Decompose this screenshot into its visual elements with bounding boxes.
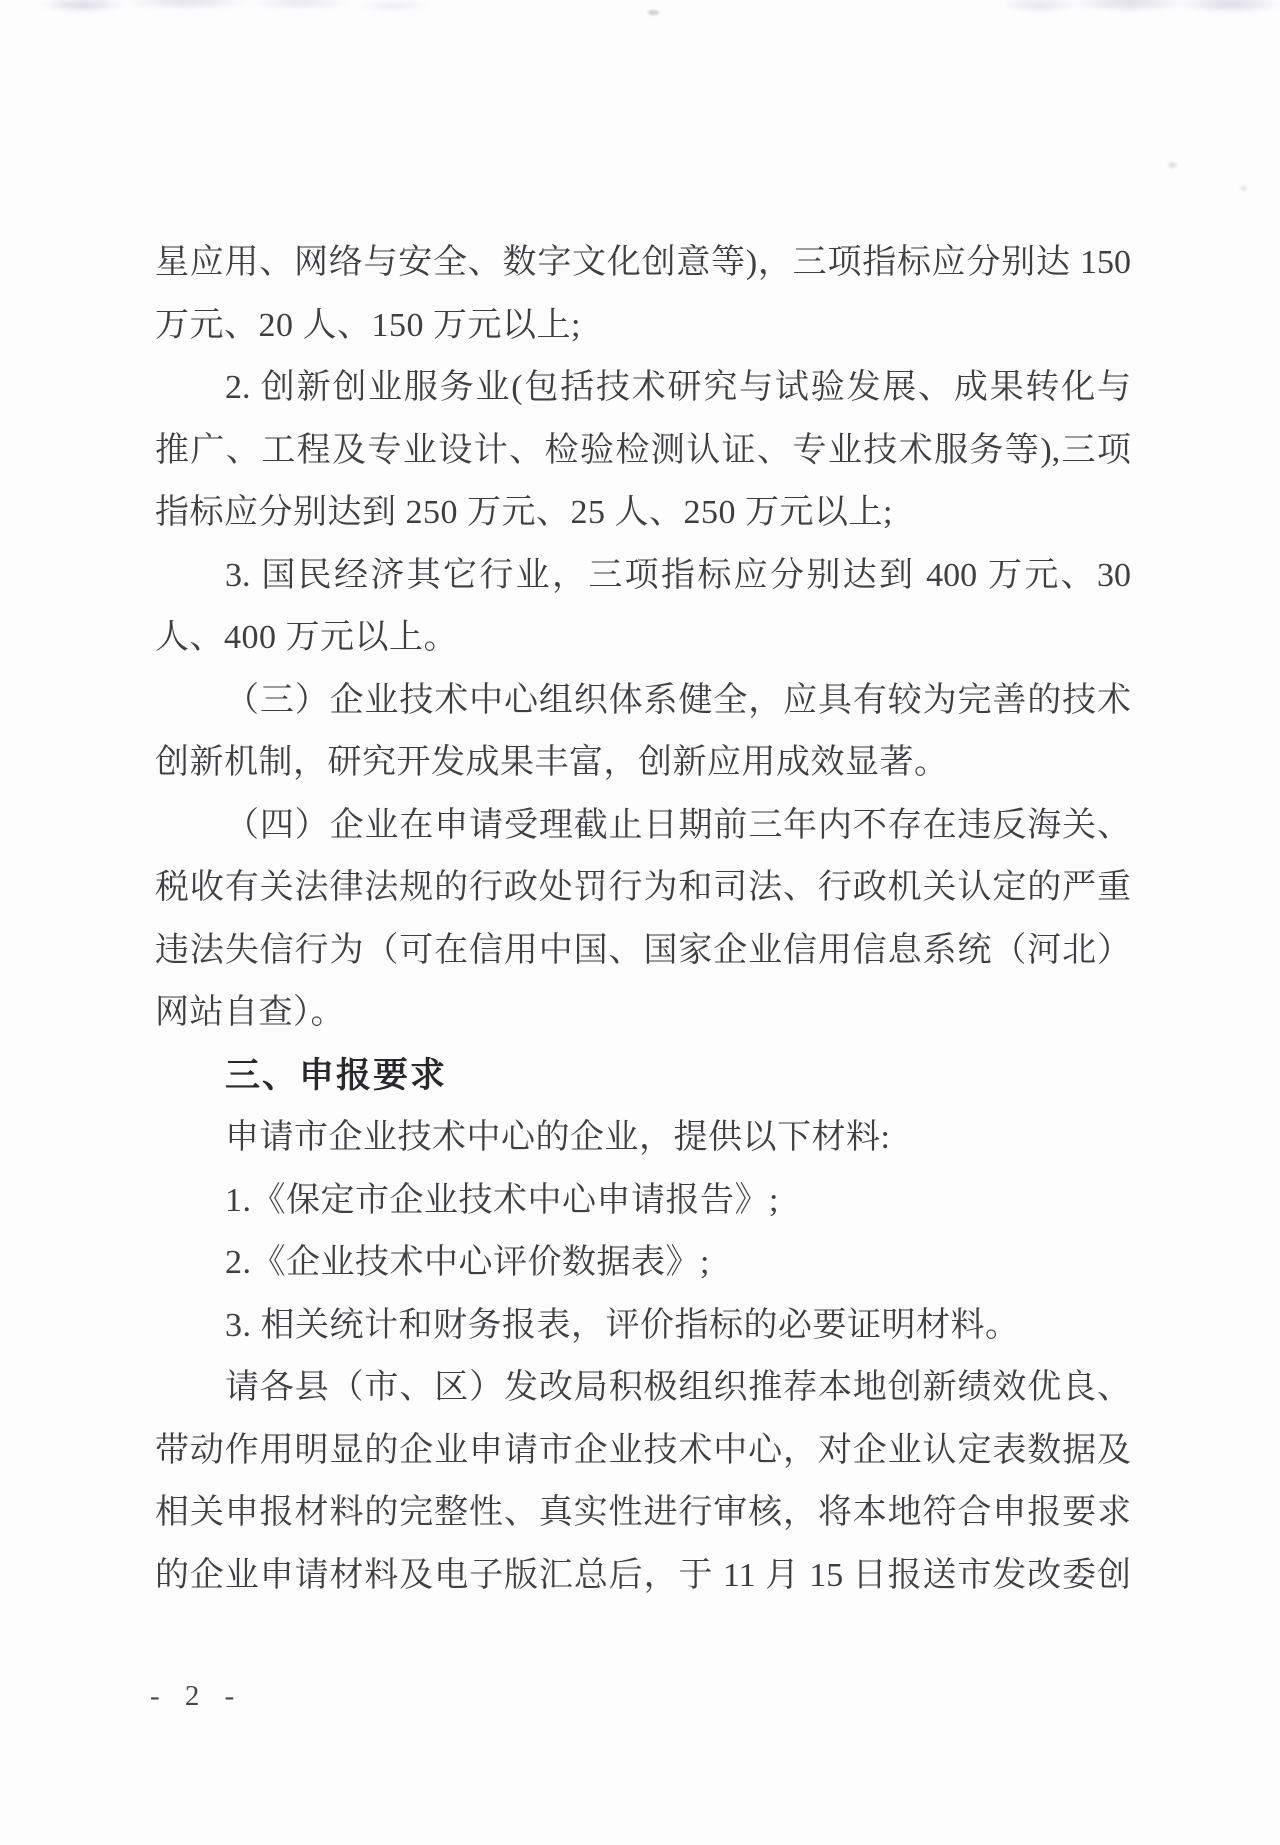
text-line: 税收有关法律法规的行政处罚行为和司法、行政机关认定的严重 [155,857,1131,920]
scanned-document-page: 星应用、网络与安全、数字文化创意等)，三项指标应分别达 150万元、20 人、1… [0,0,1280,1845]
scan-smudge-top-left [26,0,430,22]
text-line: 万元、20 人、150 万元以上; [155,295,1131,358]
text-line: 星应用、网络与安全、数字文化创意等)，三项指标应分别达 150 [155,232,1131,295]
text-line: 指标应分别达到 250 万元、25 人、250 万元以上; [155,482,1131,545]
text-line: 的企业申请材料及电子版汇总后，于 11 月 15 日报送市发改委创 [155,1545,1131,1608]
text-line: 3. 国民经济其它行业，三项指标应分别达到 400 万元、30 [155,545,1131,608]
text-line: 1.《保定市企业技术中心申请报告》; [155,1170,1131,1233]
text-line: 相关申报材料的完整性、真实性进行审核，将本地符合申报要求 [155,1482,1131,1545]
scan-speck [1240,186,1247,191]
scan-smudge-top-right [1006,0,1280,24]
text-line: 人、400 万元以上。 [155,607,1131,670]
scan-speck [1168,162,1177,168]
text-line: 2. 创新创业服务业(包括技术研究与试验发展、成果转化与 [155,357,1131,420]
text-line: 带动作用明显的企业申请市企业技术中心，对企业认定表数据及 [155,1420,1131,1483]
text-line: 创新机制，研究开发成果丰富，创新应用成效显著。 [155,732,1131,795]
text-line: 3. 相关统计和财务报表，评价指标的必要证明材料。 [155,1295,1131,1358]
text-line: 违法失信行为（可在信用中国、国家企业信用信息系统（河北） [155,920,1131,983]
document-body: 星应用、网络与安全、数字文化创意等)，三项指标应分别达 150万元、20 人、1… [155,232,1131,1607]
section-heading: 三、申报要求 [155,1045,1131,1108]
text-line: 申请市企业技术中心的企业，提供以下材料: [155,1107,1131,1170]
page-number: - 2 - [150,1680,243,1713]
text-line: 2.《企业技术中心评价数据表》; [155,1232,1131,1295]
text-line: 网站自查）。 [155,982,1131,1045]
text-line: （四）企业在申请受理截止日期前三年内不存在违反海关、 [155,795,1131,858]
text-line: 请各县（市、区）发改局积极组织推荐本地创新绩效优良、 [155,1357,1131,1420]
text-line: （三）企业技术中心组织体系健全，应具有较为完善的技术 [155,670,1131,733]
text-line: 推广、工程及专业设计、检验检测认证、专业技术服务等),三项 [155,420,1131,483]
scan-speck [648,10,659,15]
